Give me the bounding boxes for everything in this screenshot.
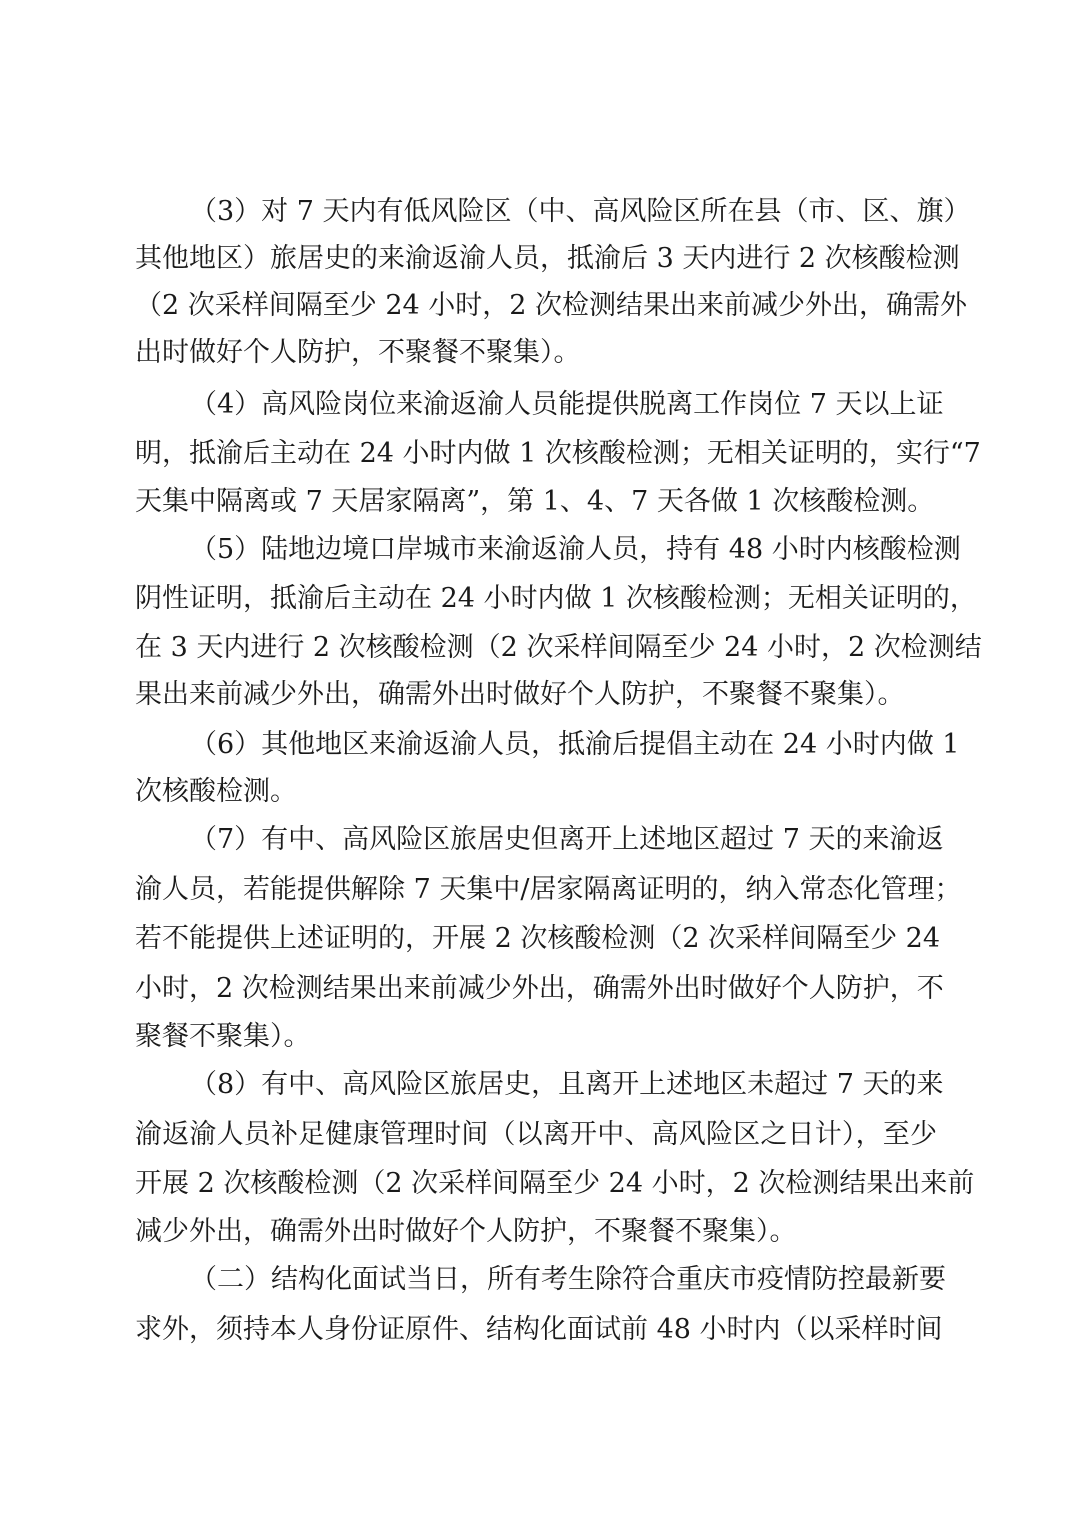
text-line: （4）高风险岗位来渝返渝人员能提供脱离工作岗位 7 天以上证 bbox=[190, 388, 937, 422]
text-line: （2 次采样间隔至少 24 小时，2 次检测结果出来前减少外出，确需外 bbox=[135, 289, 937, 323]
text-line: （6）其他地区来渝返渝人员，抵渝后提倡主动在 24 小时内做 1 bbox=[190, 728, 937, 762]
text-line: 若不能提供上述证明的，开展 2 次核酸检测（2 次采样间隔至少 24 bbox=[135, 922, 937, 956]
text-line: 小时，2 次检测结果出来前减少外出，确需外出时做好个人防护，不 bbox=[135, 972, 937, 1006]
document-page: （3）对 7 天内有低风险区（中、高风险区所在县（市、区、旗） 其他地区）旅居史… bbox=[0, 0, 1069, 1515]
text-line: （3）对 7 天内有低风险区（中、高风险区所在县（市、区、旗） bbox=[190, 195, 937, 229]
text-line: 阴性证明，抵渝后主动在 24 小时内做 1 次核酸检测；无相关证明的， bbox=[135, 582, 937, 616]
text-line: （8）有中、高风险区旅居史，且离开上述地区未超过 7 天的来 bbox=[190, 1068, 937, 1102]
text-line: 次核酸检测。 bbox=[135, 775, 937, 809]
text-line: 渝返渝人员补足健康管理时间（以离开中、高风险区之日计），至少 bbox=[135, 1118, 937, 1152]
text-line: 天集中隔离或 7 天居家隔离”，第 1、4、7 天各做 1 次核酸检测。 bbox=[135, 485, 937, 519]
text-line: 开展 2 次核酸检测（2 次采样间隔至少 24 小时，2 次检测结果出来前 bbox=[135, 1167, 937, 1201]
text-line: 出时做好个人防护，不聚餐不聚集）。 bbox=[135, 336, 937, 370]
text-line: 求外，须持本人身份证原件、结构化面试前 48 小时内（以采样时间 bbox=[135, 1313, 937, 1347]
text-line: 在 3 天内进行 2 次核酸检测（2 次采样间隔至少 24 小时，2 次检测结 bbox=[135, 631, 937, 665]
text-line: （5）陆地边境口岸城市来渝返渝人员，持有 48 小时内核酸检测 bbox=[190, 533, 937, 567]
text-line: 渝人员，若能提供解除 7 天集中/居家隔离证明的，纳入常态化管理； bbox=[135, 873, 937, 907]
text-line: 其他地区）旅居史的来渝返渝人员，抵渝后 3 天内进行 2 次核酸检测 bbox=[135, 242, 937, 276]
text-line: 减少外出，确需外出时做好个人防护，不聚餐不聚集）。 bbox=[135, 1215, 937, 1249]
text-line: 聚餐不聚集）。 bbox=[135, 1020, 937, 1054]
text-line: （二）结构化面试当日，所有考生除符合重庆市疫情防控最新要 bbox=[190, 1263, 937, 1297]
text-line: 明，抵渝后主动在 24 小时内做 1 次核酸检测；无相关证明的，实行“7 bbox=[135, 437, 937, 471]
text-line: （7）有中、高风险区旅居史但离开上述地区超过 7 天的来渝返 bbox=[190, 823, 937, 857]
text-line: 果出来前减少外出，确需外出时做好个人防护，不聚餐不聚集）。 bbox=[135, 678, 937, 712]
